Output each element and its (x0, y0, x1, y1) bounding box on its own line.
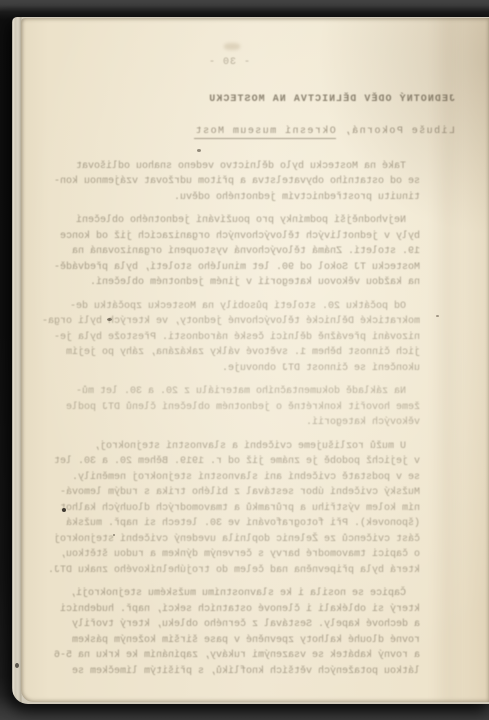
typewritten-line: ukončení se činnost DTJ obnovuje. (44, 361, 420, 377)
typewritten-line: ním kolem výstřihu a průramků a tmavomod… (44, 501, 420, 517)
typewritten-line: se od ostatního obyvatelstva a přitom ud… (44, 174, 420, 190)
smudge-mark (224, 43, 240, 50)
typewritten-line: 19. století. Známá tělovýchovná vystoupe… (44, 244, 420, 260)
typewritten-line: Mužský cvičební úbor sestával z bílého t… (44, 485, 420, 501)
typewritten-line: a dechové kapely. Sestával z černého obl… (44, 617, 420, 633)
ink-speck (197, 149, 201, 152)
typewritten-line: která byla připevněna nad čelem do trojú… (44, 563, 420, 579)
typewritten-line: Na základě dokumentačního materiálu z 20… (44, 384, 420, 400)
paragraphs: Také na Mostecku bylo dělnictvo vedeno s… (44, 159, 420, 680)
ink-speck (436, 315, 439, 317)
typewritten-line: Také na Mostecku bylo dělnictvo vedeno s… (44, 159, 420, 175)
typewritten-line: věkových kategorií. (44, 415, 420, 431)
typewritten-line: (šponovek). Při fotografování ve 30. let… (44, 516, 420, 532)
typewritten-line: žeme hovořit konkrétně o jednotném obleč… (44, 400, 420, 416)
typewritten-line: nizováni převážně dělníci české národnos… (44, 330, 420, 346)
typewritten-line: se v podstatě cvičební ani slavnostní st… (44, 470, 420, 486)
paragraph: Čapice se nosila i ke slavnostnímu mužsk… (44, 586, 420, 679)
paragraph: Od počátku 20. století působily na Moste… (44, 299, 420, 377)
typewritten-line: Mostecku TJ Sokol od 90. let minulého st… (44, 260, 420, 276)
typewritten-line: Od počátku 20. století působily na Moste… (44, 299, 420, 315)
typewritten-line: a rovný kabátek se vsazenými rukávy, zap… (44, 648, 420, 664)
mirrored-bleedthrough-text: - 30 - JEDNOTNÝ ODĚV DĚLNICTVA NA MOSTEC… (40, 48, 455, 698)
edge-speck (15, 663, 19, 668)
page-sheet: - 30 - JEDNOTNÝ ODĚV DĚLNICTVA NA MOSTEC… (21, 18, 489, 702)
ink-speck (62, 508, 66, 512)
scanned-page: - 30 - JEDNOTNÝ ODĚV DĚLNICTVA NA MOSTEC… (12, 17, 489, 704)
typewritten-line: U mužů rozlišujeme cvičební a slavnostní… (44, 439, 420, 455)
typewritten-line: tinuitu prostřednictvím jednotného oděvu… (44, 190, 420, 206)
typewritten-line: o čapici tmavomodré barvy s červeným dýn… (44, 547, 420, 563)
typewritten-line: byly v jednotlivých tělovýchovných organ… (44, 229, 420, 245)
typewritten-line: jich činnost během 1. světové války zaká… (44, 345, 420, 361)
paragraph: Také na Mostecku bylo dělnictvo vedeno s… (44, 159, 420, 206)
typewritten-line: Čapice se nosila i ke slavnostnímu mužsk… (44, 586, 420, 602)
ink-speck (113, 534, 115, 536)
author-line: Libuše Pokorná, Okresní museum Most (40, 124, 455, 140)
typewritten-line: v jejichž podobě je známe již od r. 1919… (44, 454, 420, 470)
author-name: Libuše Pokorná, (336, 126, 455, 137)
typewritten-line: který si oblékali i členové ostatních se… (44, 602, 420, 618)
paragraph: Na základě dokumentačního materiálu z 20… (44, 384, 420, 431)
typewritten-line: mokratické Dělnické tělovýchovné jednoty… (44, 314, 420, 330)
typewritten-line: Nejvhodnější podmínky pro používání jedn… (44, 213, 420, 229)
author-affiliation: Okresní museum Most (194, 126, 336, 139)
typewritten-line: část cvičenců ze Želenic doplnila uveden… (44, 532, 420, 548)
document-title: JEDNOTNÝ ODĚV DĚLNICTVA NA MOSTECKU (40, 92, 455, 108)
typewritten-line: na každou věkovou kategorií v jiném jedn… (44, 275, 420, 291)
typewritten-line: látkou potažených větších knoflíků, s př… (44, 664, 420, 680)
paragraph: Nejvhodnější podmínky pro používání jedn… (44, 213, 420, 291)
paragraph: U mužů rozlišujeme cvičební a slavnostní… (44, 439, 420, 579)
ink-speck (107, 318, 112, 321)
page-number: - 30 - (40, 55, 250, 71)
typewritten-line: rovné dlouhé kalhoty zpevněné v pase šir… (44, 633, 420, 649)
